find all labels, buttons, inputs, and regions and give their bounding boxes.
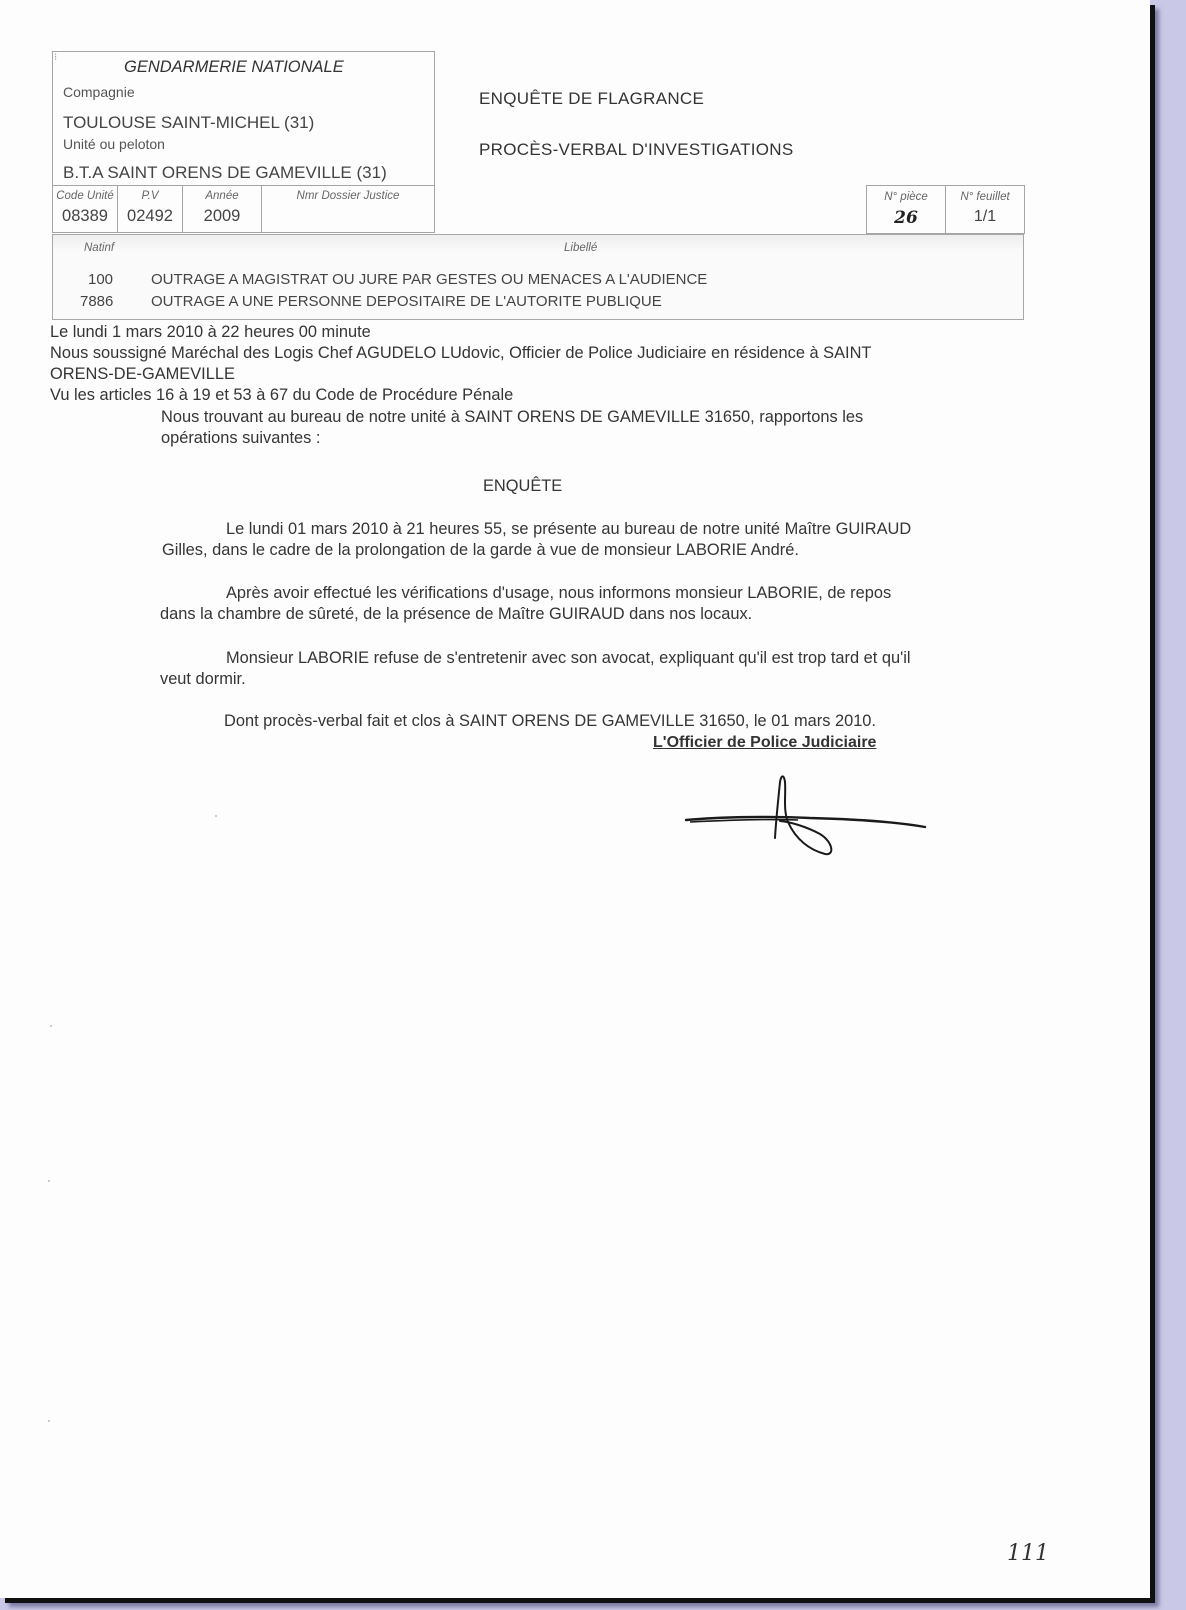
paragraph-line: veut dormir. bbox=[160, 670, 246, 689]
annee-cell: Année 2009 bbox=[183, 185, 262, 232]
case-codes-row: Code Unité 08389 P.V 02492 Année 2009 Nm… bbox=[52, 185, 435, 233]
offense-natinf: 100 bbox=[88, 271, 113, 288]
dossier-justice-cell: Nmr Dossier Justice bbox=[262, 185, 434, 232]
preamble-location: Nous trouvant au bureau de notre unité à… bbox=[161, 408, 863, 427]
paragraph-line: Le lundi 01 mars 2010 à 21 heures 55, se… bbox=[226, 520, 911, 539]
piece-cell: N° pièce 26 bbox=[867, 186, 946, 233]
preamble-officer-cont: ORENS-DE-GAMEVILLE bbox=[50, 365, 235, 384]
annee-label: Année bbox=[183, 190, 261, 202]
unit-label: Unité ou peloton bbox=[63, 136, 165, 152]
paragraph-line: dans la chambre de sûreté, de la présenc… bbox=[160, 605, 752, 624]
unit-name: B.T.A SAINT ORENS DE GAMEVILLE (31) bbox=[63, 163, 387, 183]
code-unite-label: Code Unité bbox=[53, 190, 117, 202]
offense-libelle: OUTRAGE A MAGISTRAT OU JURE PAR GESTES O… bbox=[151, 271, 707, 288]
paragraph-line: Gilles, dans le cadre de la prolongation… bbox=[162, 541, 799, 560]
page-number: 111 bbox=[1007, 1541, 1049, 1566]
offense-libelle: OUTRAGE A UNE PERSONNE DEPOSITAIRE DE L'… bbox=[151, 293, 662, 310]
paragraph-line: Monsieur LABORIE refuse de s'entretenir … bbox=[226, 649, 911, 668]
signature-icon bbox=[680, 770, 940, 865]
paragraph-line: Après avoir effectué les vérifications d… bbox=[226, 584, 891, 603]
document-subtitle: PROCÈS-VERBAL D'INVESTIGATIONS bbox=[479, 140, 794, 160]
natinf-header: Natinf bbox=[84, 242, 114, 254]
pv-label: P.V bbox=[118, 190, 182, 202]
organization-name: GENDARMERIE NATIONALE bbox=[124, 58, 344, 77]
pv-cell: P.V 02492 bbox=[118, 185, 183, 232]
libelle-header: Libellé bbox=[564, 242, 597, 254]
signature-title: L'Officier de Police Judiciaire bbox=[653, 734, 876, 752]
annee-value: 2009 bbox=[183, 207, 261, 226]
scan-speck bbox=[215, 815, 217, 817]
sheet-number: 1/1 bbox=[946, 208, 1024, 226]
piece-number: 26 bbox=[867, 208, 945, 228]
piece-label: N° pièce bbox=[867, 191, 945, 203]
preamble-date: Le lundi 1 mars 2010 à 22 heures 00 minu… bbox=[50, 323, 371, 342]
document-title: ENQUÊTE DE FLAGRANCE bbox=[479, 89, 704, 109]
pv-value: 02492 bbox=[118, 207, 182, 226]
code-unite-value: 08389 bbox=[53, 207, 117, 226]
code-unite-cell: Code Unité 08389 bbox=[53, 185, 118, 232]
scan-speck bbox=[48, 1180, 50, 1182]
sheet-label: N° feuillet bbox=[946, 191, 1024, 203]
scan-speck bbox=[48, 1420, 50, 1422]
preamble-articles: Vu les articles 16 à 19 et 53 à 67 du Co… bbox=[50, 386, 513, 405]
company-label: Compagnie bbox=[63, 84, 135, 100]
closing-statement: Dont procès-verbal fait et clos à SAINT … bbox=[224, 712, 876, 731]
section-title: ENQUÊTE bbox=[483, 477, 562, 496]
piece-sheet-box: N° pièce 26 N° feuillet 1/1 bbox=[866, 185, 1025, 234]
dossier-justice-label: Nmr Dossier Justice bbox=[262, 190, 434, 202]
sheet-cell: N° feuillet 1/1 bbox=[946, 186, 1024, 233]
company-name: TOULOUSE SAINT-MICHEL (31) bbox=[63, 113, 314, 133]
scanned-page: ⁝ GENDARMERIE NATIONALE Compagnie TOULOU… bbox=[0, 0, 1150, 1598]
preamble-location-cont: opérations suivantes : bbox=[161, 429, 320, 448]
preamble-officer: Nous soussigné Maréchal des Logis Chef A… bbox=[50, 344, 871, 363]
scan-speck bbox=[50, 1025, 52, 1027]
offense-natinf: 7886 bbox=[80, 293, 113, 310]
